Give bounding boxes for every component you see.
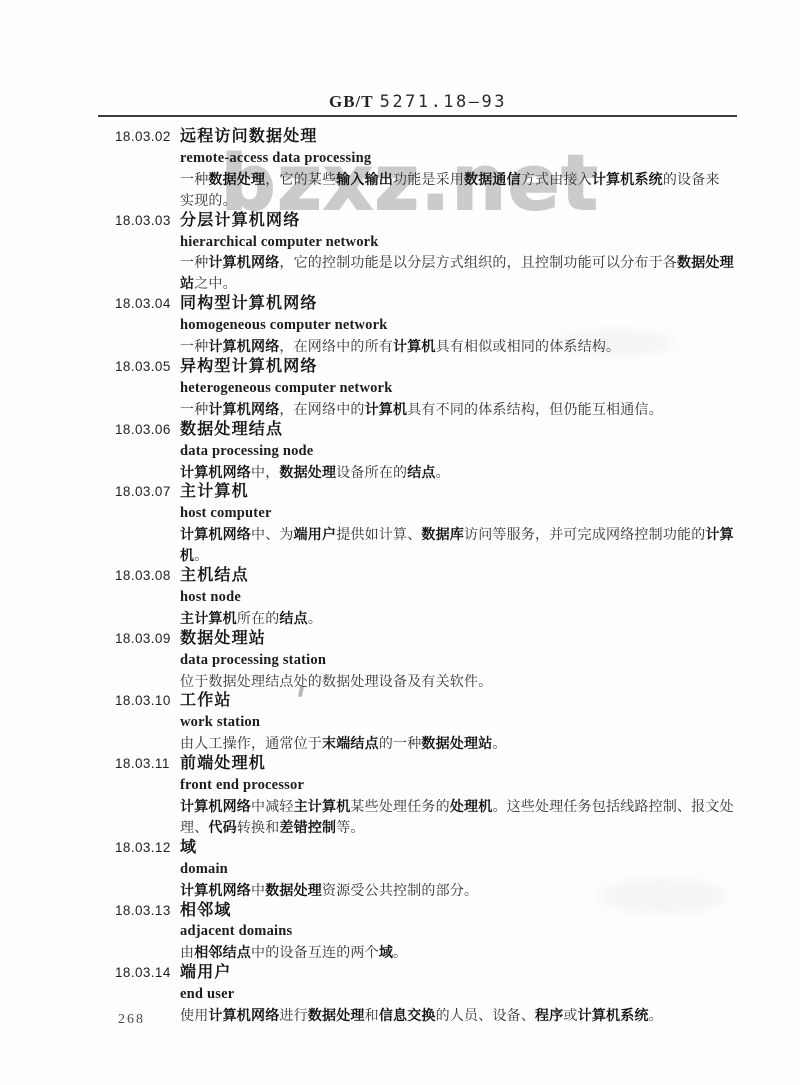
definition-term-bold: 末端结点 [322, 735, 379, 751]
definition-text: 一种计算机网络，在网络中的计算机具有不同的体系结构，但仍能互相通信。 [180, 399, 735, 420]
entry-number: 18.03.11 [115, 754, 180, 775]
definition-term-bold: 相邻结点 [194, 944, 251, 960]
glossary-entry: 18.03.06数据处理结点data processing node计算机网络中… [115, 420, 740, 483]
definition-plain: 中、为 [251, 526, 294, 542]
definition-plain: 所在的 [237, 610, 280, 626]
definition-text: 由相邻结点中的设备互连的两个域。 [180, 942, 735, 963]
definition-term-bold: 计算机 [365, 401, 408, 417]
definition-term-bold: 计算机网络 [180, 798, 251, 814]
definition-plain: 使用 [180, 1007, 208, 1023]
definition-plain: 理、 [180, 819, 208, 835]
definition-term-bold: 计算 [705, 526, 733, 542]
definition-plain: ，它的控制功能是以分层方式组织的，且控制功能可以分布于各 [279, 254, 677, 270]
definition-plain: 。这些处理任务包括线路控制、报文处 [492, 798, 733, 814]
definition-plain: 功能是采用 [393, 171, 464, 187]
glossary-entry: 18.03.08主机结点host node主计算机所在的结点。 [115, 566, 740, 629]
entry-body: 相邻域adjacent domains由相邻结点中的设备互连的两个域。 [180, 901, 735, 964]
definition-plain: 实现的。 [180, 192, 237, 208]
entry-number: 18.03.12 [115, 838, 180, 859]
term-chinese: 主计算机 [180, 482, 735, 503]
entry-body: 分层计算机网络hierarchical computer network一种计算… [180, 211, 735, 295]
definition-text: 计算机网络中数据处理资源受公共控制的部分。 [180, 880, 735, 901]
definition-term-bold: 计算机网络 [180, 526, 251, 542]
entry-number: 18.03.10 [115, 691, 180, 712]
entry-number: 18.03.08 [115, 566, 180, 587]
definition-plain: 一种 [180, 254, 208, 270]
term-chinese: 主机结点 [180, 566, 735, 587]
definition-plain: 资源受公共控制的部分。 [322, 882, 478, 898]
definition-plain: 中， [251, 464, 279, 480]
definition-text: 计算机网络中、为端用户提供如计算、数据库访问等服务，并可完成网络控制功能的计算机… [180, 524, 735, 566]
definition-plain: 。 [492, 735, 506, 751]
term-chinese: 端用户 [180, 963, 735, 984]
definition-text: 使用计算机网络进行数据处理和信息交换的人员、设备、程序或计算机系统。 [180, 1005, 735, 1026]
definition-plain: 等。 [336, 819, 364, 835]
definition-plain: 。 [393, 944, 407, 960]
entry-body: 端用户end user使用计算机网络进行数据处理和信息交换的人员、设备、程序或计… [180, 963, 735, 1026]
entry-body: 远程访问数据处理remote-access data processing一种数… [180, 127, 735, 211]
entry-number: 18.03.14 [115, 963, 180, 984]
definition-term-bold: 计算机网络 [208, 1007, 279, 1023]
definition-plain: 具有相似或相同的体系结构。 [436, 338, 621, 354]
entry-body: 工作站work station由人工操作，通常位于末端结点的一种数据处理站。 [180, 691, 735, 754]
entry-body: 数据处理结点data processing node计算机网络中，数据处理设备所… [180, 420, 735, 483]
definition-plain: 一种 [180, 171, 208, 187]
definition-term-bold: 域 [379, 944, 393, 960]
definition-text: 一种计算机网络，在网络中的所有计算机具有相似或相同的体系结构。 [180, 336, 735, 357]
term-english: remote-access data processing [180, 148, 735, 169]
definition-plain: 之中。 [194, 275, 237, 291]
definition-term-bold: 主计算机 [180, 610, 237, 626]
definition-term-bold: 数据处理 [308, 1007, 365, 1023]
definition-text: 由人工操作，通常位于末端结点的一种数据处理站。 [180, 733, 735, 754]
entry-number: 18.03.03 [115, 211, 180, 232]
term-chinese: 异构型计算机网络 [180, 357, 735, 378]
term-chinese: 同构型计算机网络 [180, 294, 735, 315]
definition-plain: ，在网络中的所有 [279, 338, 393, 354]
definition-plain: 进行 [279, 1007, 307, 1023]
term-english: hierarchical computer network [180, 232, 735, 253]
definition-plain: 某些处理任务的 [350, 798, 449, 814]
definition-plain: 方式由接入 [521, 171, 592, 187]
definition-text: 主计算机所在的结点。 [180, 608, 735, 629]
glossary-entry: 18.03.10工作站work station由人工操作，通常位于末端结点的一种… [115, 691, 740, 754]
definition-plain: 由 [180, 944, 194, 960]
definition-term-bold: 机 [180, 547, 194, 563]
term-chinese: 数据处理站 [180, 629, 735, 650]
definition-term-bold: 差错控制 [279, 819, 336, 835]
entry-body: 主计算机host computer计算机网络中、为端用户提供如计算、数据库访问等… [180, 482, 735, 566]
glossary-entry: 18.03.03分层计算机网络hierarchical computer net… [115, 211, 740, 295]
entry-number: 18.03.02 [115, 127, 180, 148]
term-english: front end processor [180, 775, 735, 796]
glossary-entry: 18.03.14端用户end user使用计算机网络进行数据处理和信息交换的人员… [115, 963, 740, 1026]
definition-text: 一种数据处理，它的某些输入输出功能是采用数据通信方式由接入计算机系统的设备来实现… [180, 169, 735, 211]
entry-number: 18.03.07 [115, 482, 180, 503]
entry-body: 异构型计算机网络heterogeneous computer network一种… [180, 357, 735, 420]
definition-term-bold: 主计算机 [294, 798, 351, 814]
entry-body: 主机结点host node主计算机所在的结点。 [180, 566, 735, 629]
header-rule [98, 115, 737, 117]
term-english: work station [180, 712, 735, 733]
entry-number: 18.03.09 [115, 629, 180, 650]
term-english: homogeneous computer network [180, 315, 735, 336]
term-english: host node [180, 587, 735, 608]
definition-plain: 。 [308, 610, 322, 626]
term-english: end user [180, 984, 735, 1005]
definition-text: 计算机网络中，数据处理设备所在的结点。 [180, 462, 735, 483]
definition-plain: 的一种 [379, 735, 422, 751]
definition-text: 一种计算机网络，它的控制功能是以分层方式组织的，且控制功能可以分布于各数据处理站… [180, 252, 735, 294]
definition-term-bold: 计算机网络 [208, 401, 279, 417]
definition-term-bold: 数据通信 [464, 171, 521, 187]
definition-term-bold: 数据处理站 [421, 735, 492, 751]
entry-body: 前端处理机front end processor计算机网络中减轻主计算机某些处理… [180, 754, 735, 838]
entry-number: 18.03.06 [115, 420, 180, 441]
definition-plain: 由人工操作，通常位于 [180, 735, 322, 751]
term-english: data processing node [180, 441, 735, 462]
definition-plain: ，在网络中的 [279, 401, 364, 417]
definition-plain: 和 [365, 1007, 379, 1023]
glossary-entry: 18.03.05异构型计算机网络heterogeneous computer n… [115, 357, 740, 420]
page-number: 268 [118, 1012, 145, 1028]
definition-term-bold: 计算机网络 [180, 464, 251, 480]
definition-term-bold: 数据处理 [677, 254, 734, 270]
glossary-entry: 18.03.09数据处理站data processing station位于数据… [115, 629, 740, 692]
definition-plain: 转换和 [237, 819, 280, 835]
standard-code-prefix: GB/T [329, 92, 374, 111]
glossary-entry: 18.03.11前端处理机front end processor计算机网络中减轻… [115, 754, 740, 838]
definition-plain: 的设备来 [663, 171, 720, 187]
definition-term-bold: 端用户 [294, 526, 337, 542]
term-chinese: 分层计算机网络 [180, 211, 735, 232]
definition-term-bold: 计算机系统 [592, 171, 663, 187]
term-chinese: 域 [180, 838, 735, 859]
definition-plain: 。 [649, 1007, 663, 1023]
definition-plain: 或 [563, 1007, 577, 1023]
definition-plain: ，它的某些 [265, 171, 336, 187]
definition-plain: 一种 [180, 401, 208, 417]
term-english: data processing station [180, 650, 735, 671]
definition-text: 位于数据处理结点处的数据处理设备及有关软件。 [180, 671, 735, 692]
term-english: adjacent domains [180, 921, 735, 942]
definition-plain: 设备所在的 [336, 464, 407, 480]
definition-plain: 位于数据处理结点处的数据处理设备及有关软件。 [180, 673, 492, 689]
definition-plain: 具有不同的体系结构，但仍能互相通信。 [407, 401, 663, 417]
definition-term-bold: 计算机网络 [208, 254, 279, 270]
definition-plain: 中 [251, 882, 265, 898]
term-english: domain [180, 859, 735, 880]
term-english: host computer [180, 503, 735, 524]
definition-plain: 访问等服务，并可完成网络控制功能的 [464, 526, 705, 542]
glossary-entry: 18.03.07主计算机host computer计算机网络中、为端用户提供如计… [115, 482, 740, 566]
entry-number: 18.03.05 [115, 357, 180, 378]
definition-plain: 提供如计算、 [336, 526, 421, 542]
term-chinese: 工作站 [180, 691, 735, 712]
definition-plain: 的人员、设备、 [436, 1007, 535, 1023]
definition-plain: 中的设备互连的两个 [251, 944, 379, 960]
definition-plain: 一种 [180, 338, 208, 354]
definition-plain: 。 [436, 464, 450, 480]
definition-term-bold: 处理机 [450, 798, 493, 814]
entry-number: 18.03.13 [115, 901, 180, 922]
entry-body: 数据处理站data processing station位于数据处理结点处的数据… [180, 629, 735, 692]
definition-term-bold: 计算机 [393, 338, 436, 354]
definition-term-bold: 数据处理 [265, 882, 322, 898]
glossary-entry: 18.03.02远程访问数据处理remote-access data proce… [115, 127, 740, 211]
definition-term-bold: 计算机网络 [208, 338, 279, 354]
glossary-entry: 18.03.04同构型计算机网络homogeneous computer net… [115, 294, 740, 357]
definition-term-bold: 数据处理 [279, 464, 336, 480]
glossary-entry: 18.03.12域domain计算机网络中数据处理资源受公共控制的部分。 [115, 838, 740, 901]
definition-plain: 中减轻 [251, 798, 294, 814]
term-chinese: 前端处理机 [180, 754, 735, 775]
definition-term-bold: 程序 [535, 1007, 563, 1023]
definition-term-bold: 信息交换 [379, 1007, 436, 1023]
term-chinese: 远程访问数据处理 [180, 127, 735, 148]
standard-code-number: 5271.18—93 [380, 92, 507, 112]
definition-term-bold: 计算机网络 [180, 882, 251, 898]
definition-text: 计算机网络中减轻主计算机某些处理任务的处理机。这些处理任务包括线路控制、报文处理… [180, 796, 735, 838]
definition-term-bold: 代码 [208, 819, 236, 835]
definition-term-bold: 计算机系统 [578, 1007, 649, 1023]
entry-body: 同构型计算机网络homogeneous computer network一种计算… [180, 294, 735, 357]
definition-term-bold: 结点 [279, 610, 307, 626]
definition-term-bold: 站 [180, 275, 194, 291]
entry-body: 域domain计算机网络中数据处理资源受公共控制的部分。 [180, 838, 735, 901]
definition-plain: 。 [194, 547, 208, 563]
entry-number: 18.03.04 [115, 294, 180, 315]
entry-list: 18.03.02远程访问数据处理remote-access data proce… [115, 127, 740, 1026]
term-chinese: 相邻域 [180, 901, 735, 922]
term-english: heterogeneous computer network [180, 378, 735, 399]
definition-term-bold: 数据处理 [208, 171, 265, 187]
glossary-entry: 18.03.13相邻域adjacent domains由相邻结点中的设备互连的两… [115, 901, 740, 964]
definition-term-bold: 数据库 [421, 526, 464, 542]
page-header: GB/T5271.18—93 [0, 92, 800, 112]
term-chinese: 数据处理结点 [180, 420, 735, 441]
definition-term-bold: 输入输出 [336, 171, 393, 187]
definition-term-bold: 结点 [407, 464, 435, 480]
